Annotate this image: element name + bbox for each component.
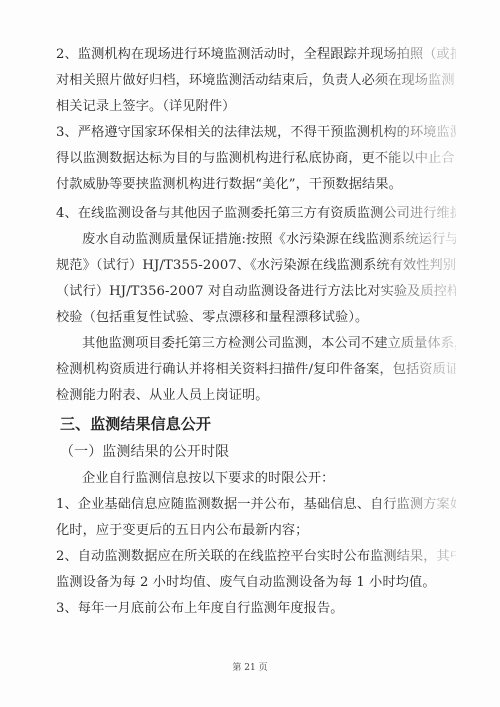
list-item-line: 2、自动监测数据应在所关联的在线监控平台实时公布监测结果，其中废水自动 bbox=[56, 548, 456, 566]
paragraph-line: 4、在线监测设备与其他因子监测委托第三方有资质监测公司进行维护和监测 bbox=[56, 205, 456, 223]
paragraph-line: 对相关照片做好归档，环境监测活动结束后，负责人必须在现场监测（采集） bbox=[56, 72, 456, 90]
paragraph-line: （试行）HJ/T356-2007 对自动监测设备进行方法比对实验及质控样试验、现… bbox=[56, 283, 456, 301]
page-number: 第 21 页 bbox=[0, 660, 500, 673]
document-page: 2、监测机构在现场进行环境监测活动时，全程跟踪并现场拍照（或拍摄视频）， 对相关… bbox=[0, 0, 500, 707]
paragraph-line: 得以监测数据达标为目的与监测机构进行私底协商，更不能以中止合同、拒绝 bbox=[56, 150, 456, 168]
paragraph-line: 规范》（试行）HJ/T355-2007、《水污染源在线监测系统有效性判别技术规范… bbox=[56, 257, 456, 275]
list-item-line: 监测设备为每 2 小时均值、废气自动监测设备为每 1 小时均值。 bbox=[56, 574, 456, 592]
paragraph-line: 付款威胁等要挟监测机构进行数据“美化”，干预数据结果。 bbox=[56, 176, 456, 194]
subsection-heading: （一）监测结果的公开时限 bbox=[60, 443, 460, 461]
paragraph-line: 检测机构资质进行确认并将相关资料扫描件/复印件备案，包括资质证书、资质 bbox=[56, 361, 456, 379]
paragraph-line: 检测能力附表、从业人员上岗证明。 bbox=[56, 387, 456, 405]
paragraph-line: 3、严格遵守国家环保相关的法律法规，不得干预监测机构的环境监测活动，不 bbox=[56, 124, 456, 142]
list-item-line: 3、每年一月底前公布上年度自行监测年度报告。 bbox=[56, 600, 456, 618]
paragraph-line: 相关记录上签字。（详见附件） bbox=[56, 98, 456, 116]
paragraph-line: 校验（包括重复性试验、零点漂移和量程漂移试验）。 bbox=[56, 309, 456, 327]
list-item-line: 化时，应于变更后的五日内公布最新内容； bbox=[56, 522, 456, 540]
paragraph-line: 其他监测项目委托第三方检测公司监测，本公司不建立质量体系，但已对 bbox=[82, 335, 456, 353]
list-item-line: 1、企业基础信息应随监测数据一并公布，基础信息、自行监测方案如有调整变 bbox=[56, 496, 456, 514]
section-heading: 三、监测结果信息公开 bbox=[60, 415, 460, 433]
paragraph-line: 废水自动监测质量保证措施:按照《水污染源在线监测系统运行与考核技术 bbox=[82, 231, 456, 249]
paragraph-line: 企业自行监测信息按以下要求的时限公开： bbox=[82, 470, 456, 488]
paragraph-line: 2、监测机构在现场进行环境监测活动时，全程跟踪并现场拍照（或拍摄视频）， bbox=[56, 46, 456, 64]
